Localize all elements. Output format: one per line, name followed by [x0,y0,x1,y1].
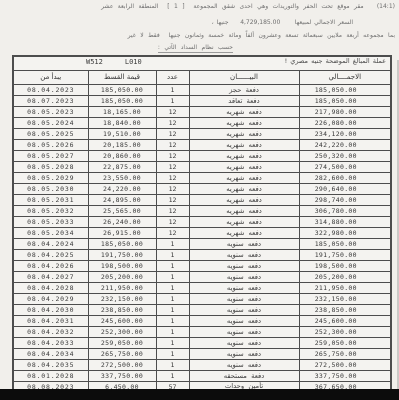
cell-count: 12 [156,217,189,228]
intro-location-line: (14:1) مقر موقع تحت الحفر والتوريدات وهي… [101,3,395,10]
cell-description: دفعه سنويه [189,338,299,349]
cell-count: 12 [156,173,189,184]
cell-description: دفعة حجز [189,85,299,96]
cell-installment-amount: 20,185.00 [88,140,156,151]
table-row: 08.05.203225,565.0012دفعه شهريه306,780.0… [13,206,391,217]
cell-start-date: 08.05.2023 [13,107,88,118]
cell-start-date: 08.05.2026 [13,140,88,151]
cell-start-date: 08.05.2024 [13,118,88,129]
cell-count: 1 [156,294,189,305]
cell-installment-amount: 18,165.00 [88,107,156,118]
table-row: 08.05.202318,165.0012دفعه شهريه217,980.0… [13,107,391,118]
cell-description: دفعه سنويه [189,360,299,371]
cell-installment-amount: 20,860.00 [88,151,156,162]
cell-start-date: 08.04.2034 [13,349,88,360]
cell-description: دفعه سنويه [189,305,299,316]
cell-start-date: 08.04.2028 [13,283,88,294]
table-row: 08.05.202418,840.0012دفعه شهريه226,080.0… [13,118,391,129]
cell-count: 1 [156,305,189,316]
table-band-row: W512L010 عملة المبالغ الموضحة جنيه مصري … [13,56,391,71]
cell-total-amount: 337,750.00 [299,371,391,382]
cell-description: دفعه شهريه [189,151,299,162]
table-row: 08.05.203426,915.0012دفعه شهريه322,980.0… [13,228,391,239]
cell-count: 12 [156,184,189,195]
col-header-count: عدد [156,71,189,85]
table-row: 08.04.2033259,050.001دفعه سنويه259,050.0… [13,338,391,349]
cell-start-date: 08.05.2025 [13,129,88,140]
cell-start-date: 08.04.2026 [13,261,88,272]
cell-description: دفعه سنويه [189,327,299,338]
col-header-description: البيــــــان [189,71,299,85]
cell-installment-amount: 26,240.00 [88,217,156,228]
col-header-total: الاجمــــالي [299,71,391,85]
table-row: 08.05.202620,185.0012دفعه شهريه242,220.0… [13,140,391,151]
table-row: 08.04.2030238,850.001دفعه سنويه238,850.0… [13,305,391,316]
cell-start-date: 08.04.2030 [13,305,88,316]
cell-start-date: 08.05.2027 [13,151,88,162]
cell-description: دفعه سنويه [189,250,299,261]
cell-total-amount: 217,980.00 [299,107,391,118]
cell-start-date: 08.05.2033 [13,217,88,228]
cell-start-date: 08.04.2024 [13,239,88,250]
cell-start-date: 08.04.2027 [13,272,88,283]
cell-total-amount: 314,880.00 [299,217,391,228]
cell-count: 1 [156,250,189,261]
intro-payment-system-line: حسب نظام السداد الآتي : [158,44,233,53]
cell-installment-amount: 205,200.00 [88,272,156,283]
cell-total-amount: 238,850.00 [299,305,391,316]
cell-start-date: 08.01.2028 [13,371,88,382]
cell-start-date: 08.07.2023 [13,96,88,107]
cell-installment-amount: 337,750.00 [88,371,156,382]
cell-count: 12 [156,228,189,239]
table-row: 08.05.203024,220.0012دفعه شهريه290,640.0… [13,184,391,195]
cell-installment-amount: 191,750.00 [88,250,156,261]
unit-code-left: W512 [86,58,103,66]
table-row: 08.05.202822,875.0012دفعه شهريه274,500.0… [13,162,391,173]
cell-installment-amount: 245,600.00 [88,316,156,327]
cell-count: 12 [156,206,189,217]
cell-count: 1 [156,96,189,107]
cell-count: 1 [156,261,189,272]
cell-installment-amount: 25,565.00 [88,206,156,217]
cell-installment-amount: 185,050.00 [88,85,156,96]
cell-start-date: 08.04.2032 [13,327,88,338]
cell-count: 1 [156,360,189,371]
intro-amount-in-words-line: بما مجموعه أربعة ملايين سبعمائة تسعة وعش… [128,32,395,39]
cell-description: دفعه سنويه [189,261,299,272]
intro-total-price-line: السعر الاجمالي لمبيعها 4,729,185.00 جنيه… [212,19,353,26]
cell-total-amount: 265,750.00 [299,349,391,360]
cell-total-amount: 191,750.00 [299,250,391,261]
cell-start-date: 08.05.2028 [13,162,88,173]
cell-installment-amount: 19,510.00 [88,129,156,140]
cell-start-date: 08.05.2034 [13,228,88,239]
cell-count: 12 [156,118,189,129]
cell-count: 12 [156,129,189,140]
cell-total-amount: 205,200.00 [299,272,391,283]
cell-total-amount: 272,500.00 [299,360,391,371]
cell-installment-amount: 198,500.00 [88,261,156,272]
cell-count: 1 [156,338,189,349]
cell-count: 12 [156,107,189,118]
cell-count: 1 [156,316,189,327]
cell-installment-amount: 238,850.00 [88,305,156,316]
cell-start-date: 08.04.2033 [13,338,88,349]
cell-description: دفعه شهريه [189,206,299,217]
cell-count: 1 [156,327,189,338]
cell-description: دفعة مستحقه [189,371,299,382]
cell-description: دفعه سنويه [189,316,299,327]
cell-installment-amount: 23,550.00 [88,173,156,184]
cell-total-amount: 322,980.00 [299,228,391,239]
cell-description: دفعه شهريه [189,162,299,173]
cell-total-amount: 198,500.00 [299,261,391,272]
cell-total-amount: 290,640.00 [299,184,391,195]
cell-installment-amount: 232,150.00 [88,294,156,305]
cell-count: 1 [156,272,189,283]
cell-installment-amount: 22,875.00 [88,162,156,173]
cell-count: 12 [156,140,189,151]
cell-description: دفعه سنويه [189,239,299,250]
cell-description: دفعه شهريه [189,195,299,206]
table-row: 08.07.2023185,050.001دفعة تعاقد185,050.0… [13,96,391,107]
cell-count: 1 [156,85,189,96]
cell-description: دفعه شهريه [189,140,299,151]
cell-description: دفعه شهريه [189,107,299,118]
col-header-start-date: يبدأ من [13,71,88,85]
cell-total-amount: 185,050.00 [299,85,391,96]
cell-description: دفعه سنويه [189,294,299,305]
cell-description: دفعه شهريه [189,129,299,140]
cell-total-amount: 252,300.00 [299,327,391,338]
cell-description: دفعه شهريه [189,184,299,195]
cell-count: 12 [156,195,189,206]
cell-description: دفعه سنويه [189,349,299,360]
table-row: 08.04.2026198,500.001دفعه سنويه198,500.0… [13,261,391,272]
cell-installment-amount: 18,840.00 [88,118,156,129]
cell-total-amount: 245,600.00 [299,316,391,327]
table-row: 08.04.2029232,150.001دفعه سنويه232,150.0… [13,294,391,305]
cell-installment-amount: 211,950.00 [88,283,156,294]
cell-start-date: 08.05.2030 [13,184,88,195]
unit-code-right: L010 [125,58,142,66]
unit-codes: W512L010 [86,59,142,66]
cell-total-amount: 226,080.00 [299,118,391,129]
currency-note: عملة المبالغ الموضحة جنيه مصري ! [285,58,386,65]
table-header-row: يبدأ من قيمة القسط عدد البيــــــان الاج… [13,71,391,85]
cell-installment-amount: 272,500.00 [88,360,156,371]
cell-installment-amount: 24,220.00 [88,184,156,195]
cell-installment-amount: 24,895.00 [88,195,156,206]
cell-start-date: 08.05.2032 [13,206,88,217]
cell-installment-amount: 185,050.00 [88,96,156,107]
cell-description: دفعه سنويه [189,272,299,283]
cell-installment-amount: 265,750.00 [88,349,156,360]
cell-description: دفعه شهريه [189,118,299,129]
table-row: 08.04.2034265,750.001دفعه سنويه265,750.0… [13,349,391,360]
table-row: 08.05.203326,240.0012دفعه شهريه314,880.0… [13,217,391,228]
table-row: 08.05.202720,860.0012دفعه شهريه250,320.0… [13,151,391,162]
schedule-body: 08.04.2023185,050.001دفعة حجز185,050.000… [13,85,391,393]
cell-count: 1 [156,239,189,250]
cell-total-amount: 211,950.00 [299,283,391,294]
table-row: 08.04.2028211,950.001دفعه سنويه211,950.0… [13,283,391,294]
table-row: 08.04.2025191,750.001دفعه سنويه191,750.0… [13,250,391,261]
table-row: 08.04.2027205,200.001دفعه سنويه205,200.0… [13,272,391,283]
col-header-installment: قيمة القسط [88,71,156,85]
cell-count: 1 [156,371,189,382]
cell-description: دفعه سنويه [189,283,299,294]
cell-start-date: 08.05.2029 [13,173,88,184]
cell-total-amount: 185,050.00 [299,96,391,107]
cell-installment-amount: 185,050.00 [88,239,156,250]
cell-start-date: 08.04.2023 [13,85,88,96]
cell-count: 1 [156,349,189,360]
scan-black-bar [0,389,399,400]
cell-total-amount: 298,740.00 [299,195,391,206]
cell-total-amount: 306,780.00 [299,206,391,217]
cell-count: 12 [156,151,189,162]
cell-start-date: 08.04.2035 [13,360,88,371]
cell-count: 12 [156,162,189,173]
cell-description: دفعة تعاقد [189,96,299,107]
table-row: 08.05.202519,510.0012دفعه شهريه234,120.0… [13,129,391,140]
cell-description: دفعه شهريه [189,173,299,184]
cell-total-amount: 234,120.00 [299,129,391,140]
cell-description: دفعه شهريه [189,228,299,239]
cell-installment-amount: 26,915.00 [88,228,156,239]
table-row: 08.05.203124,895.0012دفعه شهريه298,740.0… [13,195,391,206]
cell-start-date: 08.04.2025 [13,250,88,261]
cell-description: دفعه شهريه [189,217,299,228]
cell-start-date: 08.04.2031 [13,316,88,327]
cell-total-amount: 232,150.00 [299,294,391,305]
cell-total-amount: 259,050.00 [299,338,391,349]
cell-start-date: 08.05.2031 [13,195,88,206]
table-row: 08.04.2024185,050.001دفعه سنويه185,050.0… [13,239,391,250]
table-row: 08.05.202923,550.0012دفعه شهريه282,600.0… [13,173,391,184]
table-row: 08.04.2023185,050.001دفعة حجز185,050.00 [13,85,391,96]
cell-count: 1 [156,283,189,294]
cell-installment-amount: 252,300.00 [88,327,156,338]
payment-schedule-table: W512L010 عملة المبالغ الموضحة جنيه مصري … [12,55,392,394]
cell-installment-amount: 259,050.00 [88,338,156,349]
cell-total-amount: 274,500.00 [299,162,391,173]
cell-total-amount: 242,220.00 [299,140,391,151]
cell-start-date: 08.04.2029 [13,294,88,305]
cell-total-amount: 282,600.00 [299,173,391,184]
cell-total-amount: 250,320.00 [299,151,391,162]
cell-total-amount: 185,050.00 [299,239,391,250]
table-row: 08.04.2035272,500.001دفعه سنويه272,500.0… [13,360,391,371]
table-row: 08.01.2028337,750.001دفعة مستحقه337,750.… [13,371,391,382]
table-row: 08.04.2032252,300.001دفعه سنويه252,300.0… [13,327,391,338]
table-row: 08.04.2031245,600.001دفعه سنويه245,600.0… [13,316,391,327]
